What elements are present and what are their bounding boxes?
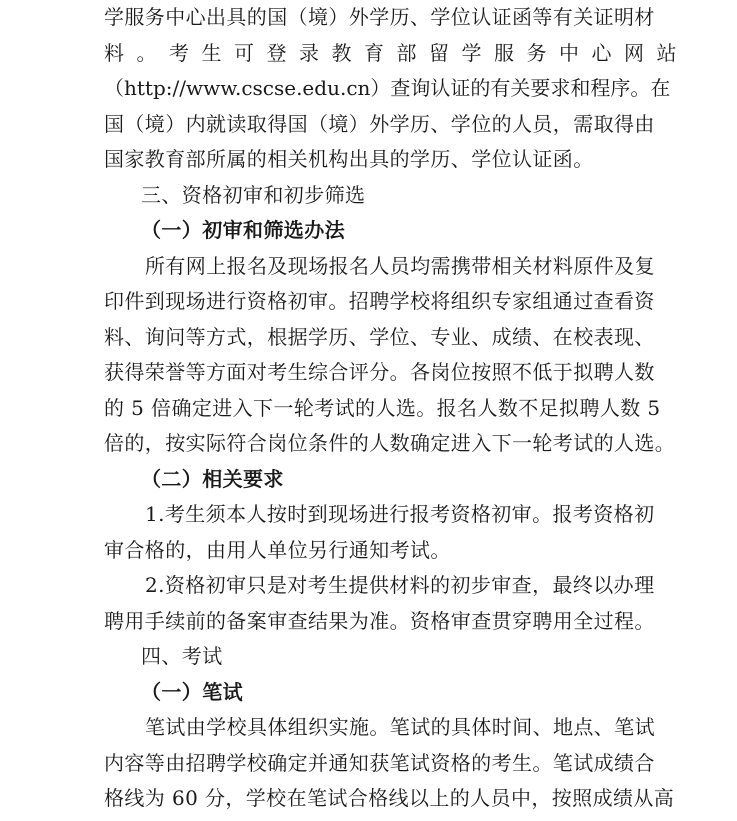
text-line: 倍的，按实际符合岗位条件的人数确定进入下一轮考试的人选。 bbox=[104, 426, 634, 462]
text-line: 笔试由学校具体组织实施。笔试的具体时间、地点、笔试 bbox=[104, 710, 634, 746]
text-line: 印件到现场进行资格初审。招聘学校将组织专家组通过查看资 bbox=[104, 284, 634, 320]
text-line: 所有网上报名及现场报名人员均需携带相关材料原件及复 bbox=[104, 249, 634, 285]
text-line: 内容等由招聘学校确定并通知获笔试资格的考生。笔试成绩合 bbox=[104, 746, 634, 782]
text-line: 国（境）内就读取得国（境）外学历、学位的人员，需取得由 bbox=[104, 107, 634, 143]
document-page: 学服务中心出具的国（境）外学历、学位认证函等有关证明材 料。考生可登录教育部留学… bbox=[104, 0, 634, 817]
section-heading: 四、考试 bbox=[104, 639, 634, 675]
text-line: 聘用手续前的备案审查结果为准。资格审查贯穿聘用全过程。 bbox=[104, 604, 634, 640]
text-line: 料、询问等方式，根据学历、学位、专业、成绩、在校表现、 bbox=[104, 320, 634, 356]
section-heading: 三、资格初审和初步筛选 bbox=[104, 178, 634, 214]
text-line: 国家教育部所属的相关机构出具的学历、学位认证函。 bbox=[104, 142, 634, 178]
subsection-heading: （一）初审和筛选办法 bbox=[104, 213, 634, 249]
subsection-heading: （二）相关要求 bbox=[104, 462, 634, 498]
text-line: 审合格的，由用人单位另行通知考试。 bbox=[104, 533, 634, 569]
text-line: 获得荣誉等方面对考生综合评分。各岗位按照不低于拟聘人数 bbox=[104, 355, 634, 391]
text-line: 料。考生可登录教育部留学服务中心网站 bbox=[104, 36, 634, 72]
text-line-with-url: （http://www.cscse.edu.cn）查询认证的有关要求和程序。在 bbox=[104, 71, 634, 107]
text-line: 1.考生须本人按时到现场进行报考资格初审。报考资格初 bbox=[104, 497, 634, 533]
text-line: 学服务中心出具的国（境）外学历、学位认证函等有关证明材 bbox=[104, 0, 634, 36]
subsection-heading: （一）笔试 bbox=[104, 675, 634, 711]
text-line: 2.资格初审只是对考生提供材料的初步审查，最终以办理 bbox=[104, 568, 634, 604]
text-line: 格线为 60 分，学校在笔试合格线以上的人员中，按照成绩从高 bbox=[104, 781, 634, 817]
text-line: 的 5 倍确定进入下一轮考试的人选。报名人数不足拟聘人数 5 bbox=[104, 391, 634, 427]
